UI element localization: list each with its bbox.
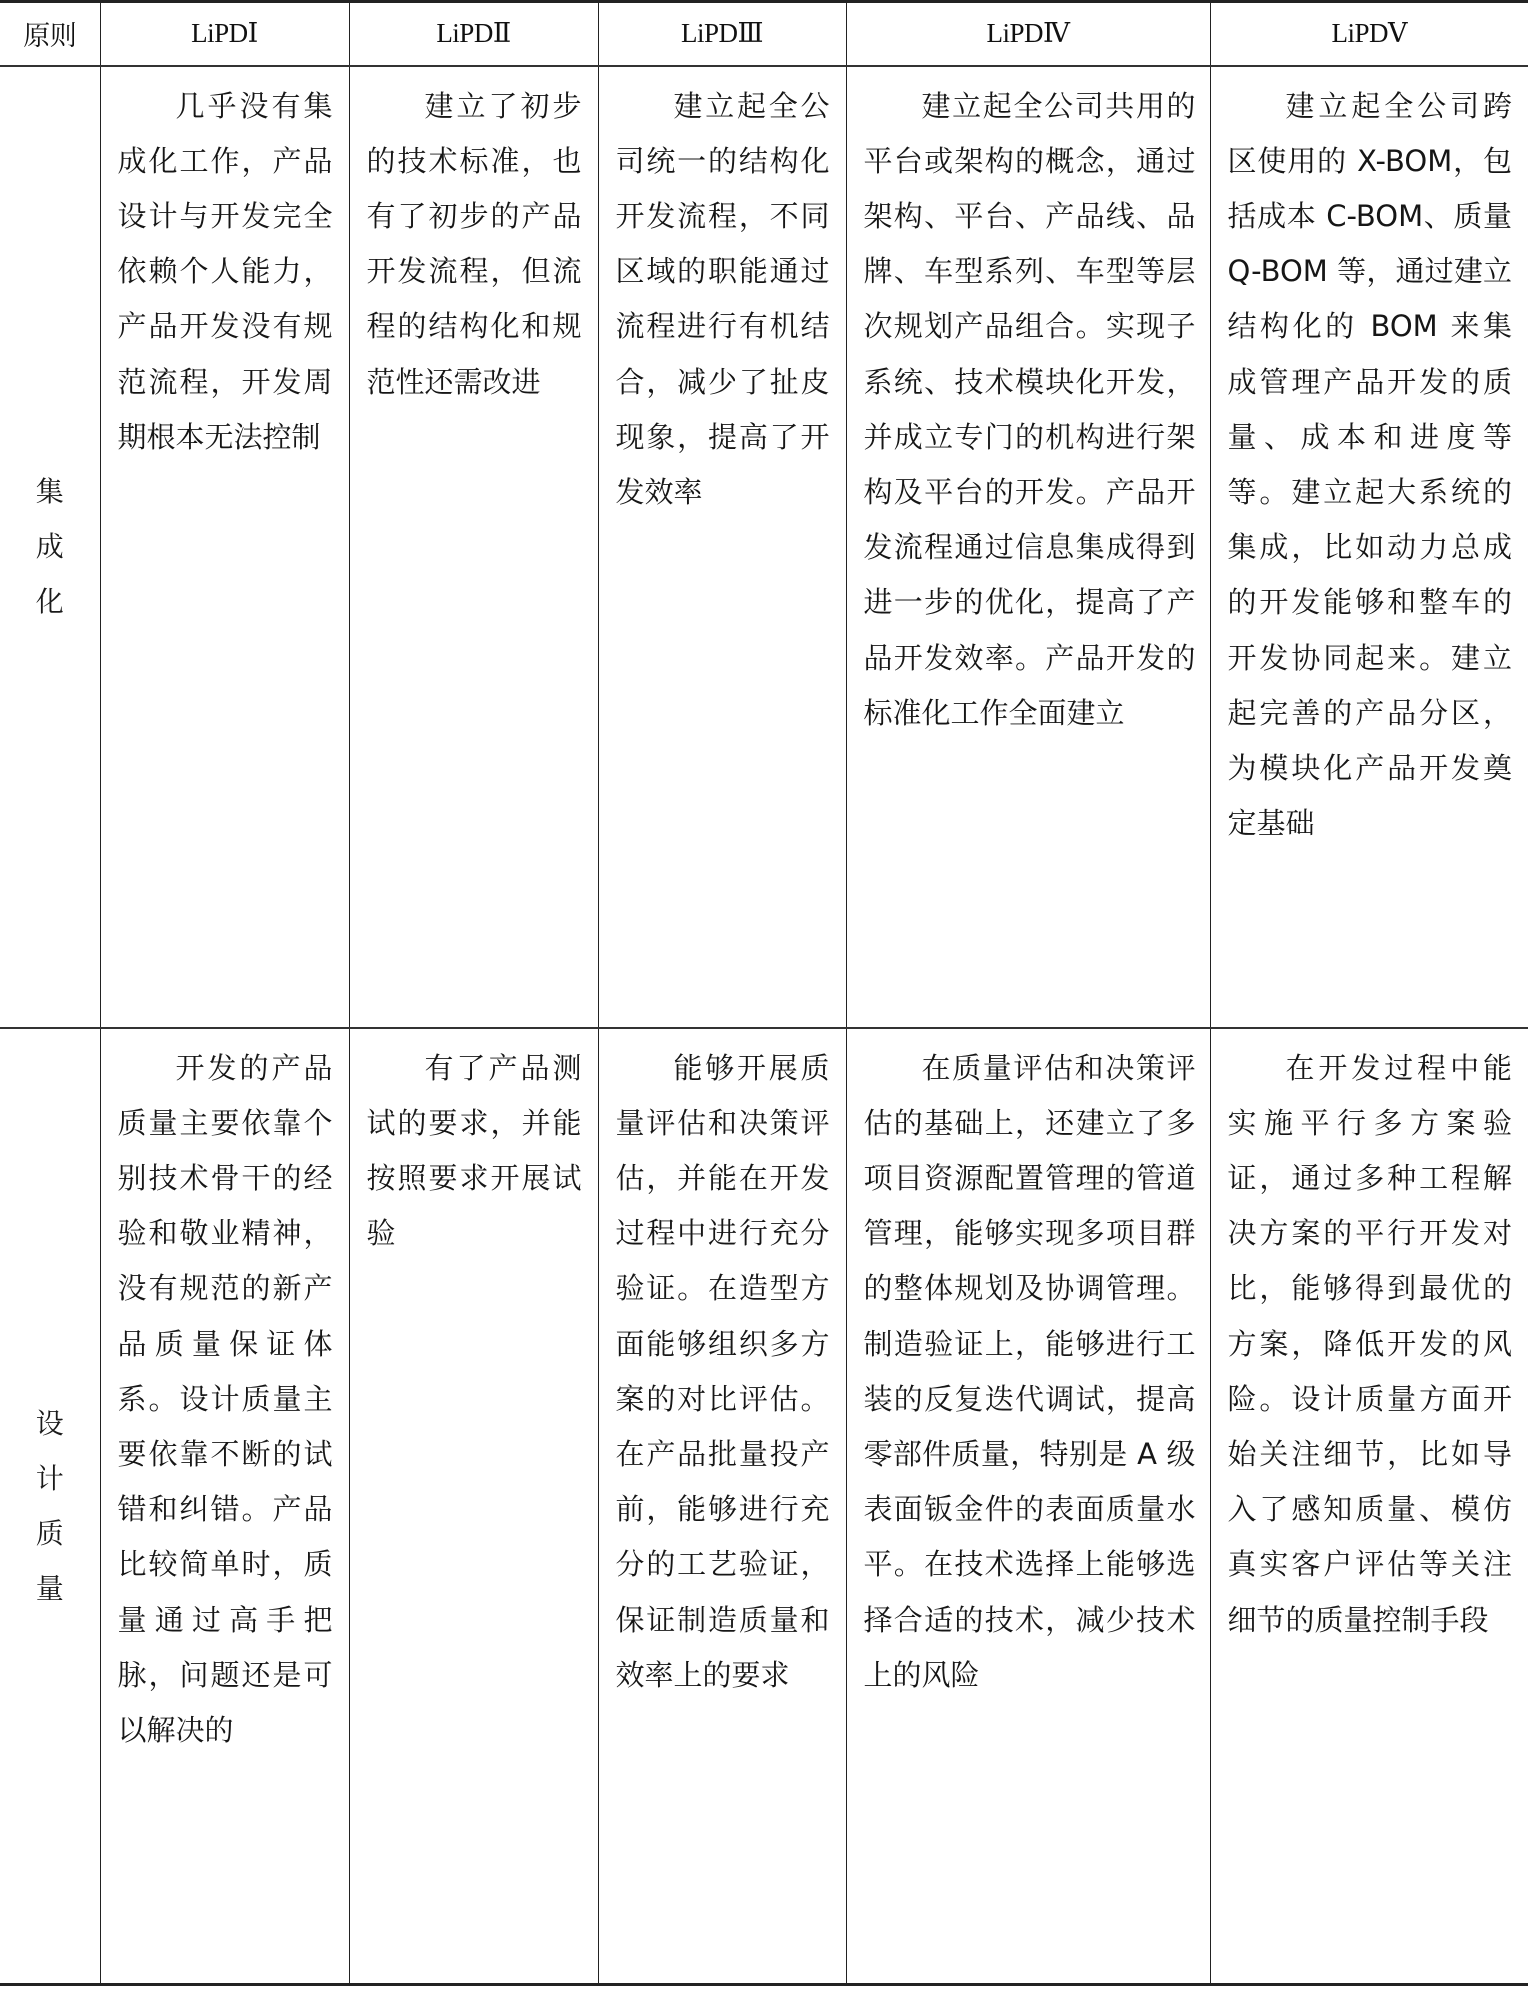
cell-text: 有了产品测试的要求，并能按照要求开展试验 xyxy=(350,1029,598,1262)
cell-design-quality-lipd-3: 能够开展质量评估和决策评估，并能在开发过程中进行充分验证。在造型方面能够组织多方… xyxy=(598,1028,846,1985)
cell-integration-lipd-3: 建立起全公司统一的结构化开发流程，不同区域的职能通过流程进行有机结合，减少了扯皮… xyxy=(598,66,846,1028)
cell-design-quality-lipd-4: 在质量评估和决策评估的基础上，还建立了多项目资源配置管理的管道管理，能够实现多项… xyxy=(846,1028,1210,1985)
header-row: 原则 LiPDⅠ LiPDⅡ LiPDⅢ LiPDⅣ LiPDⅤ xyxy=(0,2,1528,66)
cell-text: 几乎没有集成化工作，产品设计与开发完全依赖个人能力，产品开发没有规范流程，开发周… xyxy=(101,67,349,465)
cell-text: 建立起全公司共用的平台或架构的概念，通过架构、平台、产品线、品牌、车型系列、车型… xyxy=(847,67,1210,741)
cell-text: 建立了初步的技术标准，也有了初步的产品开发流程，但流程的结构化和规范性还需改进 xyxy=(350,67,598,410)
cell-text: 能够开展质量评估和决策评估，并能在开发过程中进行充分验证。在造型方面能够组织多方… xyxy=(599,1029,846,1703)
cell-integration-lipd-5: 建立起全公司跨区使用的 X-BOM，包括成本 C-BOM、质量 Q-BOM 等，… xyxy=(1210,66,1528,1028)
header-principle: 原则 xyxy=(0,2,100,66)
header-lipd-3: LiPDⅢ xyxy=(598,2,846,66)
cell-text: 在质量评估和决策评估的基础上，还建立了多项目资源配置管理的管道管理，能够实现多项… xyxy=(847,1029,1210,1703)
header-lipd-2: LiPDⅡ xyxy=(349,2,598,66)
table-row-integration: 集成化 几乎没有集成化工作，产品设计与开发完全依赖个人能力，产品开发没有规范流程… xyxy=(0,66,1528,1028)
header-lipd-4: LiPDⅣ xyxy=(846,2,1210,66)
cell-integration-lipd-2: 建立了初步的技术标准，也有了初步的产品开发流程，但流程的结构化和规范性还需改进 xyxy=(349,66,598,1028)
lipd-maturity-table: 原则 LiPDⅠ LiPDⅡ LiPDⅢ LiPDⅣ LiPDⅤ 集成化 几乎没… xyxy=(0,0,1528,1986)
cell-text: 在开发过程中能实施平行多方案验证，通过多种工程解决方案的平行开发对比，能够得到最… xyxy=(1211,1029,1528,1648)
header-lipd-1: LiPDⅠ xyxy=(100,2,349,66)
cell-design-quality-lipd-1: 开发的产品质量主要依靠个别技术骨干的经验和敬业精神，没有规范的新产品质量保证体系… xyxy=(100,1028,349,1985)
cell-text: 建立起全公司跨区使用的 X-BOM，包括成本 C-BOM、质量 Q-BOM 等，… xyxy=(1211,67,1528,852)
row-label-cell: 设计质量 xyxy=(0,1028,100,1985)
row-label-cell: 集成化 xyxy=(0,66,100,1028)
row-label-design-quality: 设计质量 xyxy=(35,1396,65,1616)
cell-integration-lipd-4: 建立起全公司共用的平台或架构的概念，通过架构、平台、产品线、品牌、车型系列、车型… xyxy=(846,66,1210,1028)
header-lipd-5: LiPDⅤ xyxy=(1210,2,1528,66)
cell-integration-lipd-1: 几乎没有集成化工作，产品设计与开发完全依赖个人能力，产品开发没有规范流程，开发周… xyxy=(100,66,349,1028)
cell-text: 开发的产品质量主要依靠个别技术骨干的经验和敬业精神，没有规范的新产品质量保证体系… xyxy=(101,1029,349,1759)
cell-design-quality-lipd-5: 在开发过程中能实施平行多方案验证，通过多种工程解决方案的平行开发对比，能够得到最… xyxy=(1210,1028,1528,1985)
cell-text: 建立起全公司统一的结构化开发流程，不同区域的职能通过流程进行有机结合，减少了扯皮… xyxy=(599,67,846,521)
table-row-design-quality: 设计质量 开发的产品质量主要依靠个别技术骨干的经验和敬业精神，没有规范的新产品质… xyxy=(0,1028,1528,1985)
cell-design-quality-lipd-2: 有了产品测试的要求，并能按照要求开展试验 xyxy=(349,1028,598,1985)
row-label-integration: 集成化 xyxy=(35,464,65,629)
